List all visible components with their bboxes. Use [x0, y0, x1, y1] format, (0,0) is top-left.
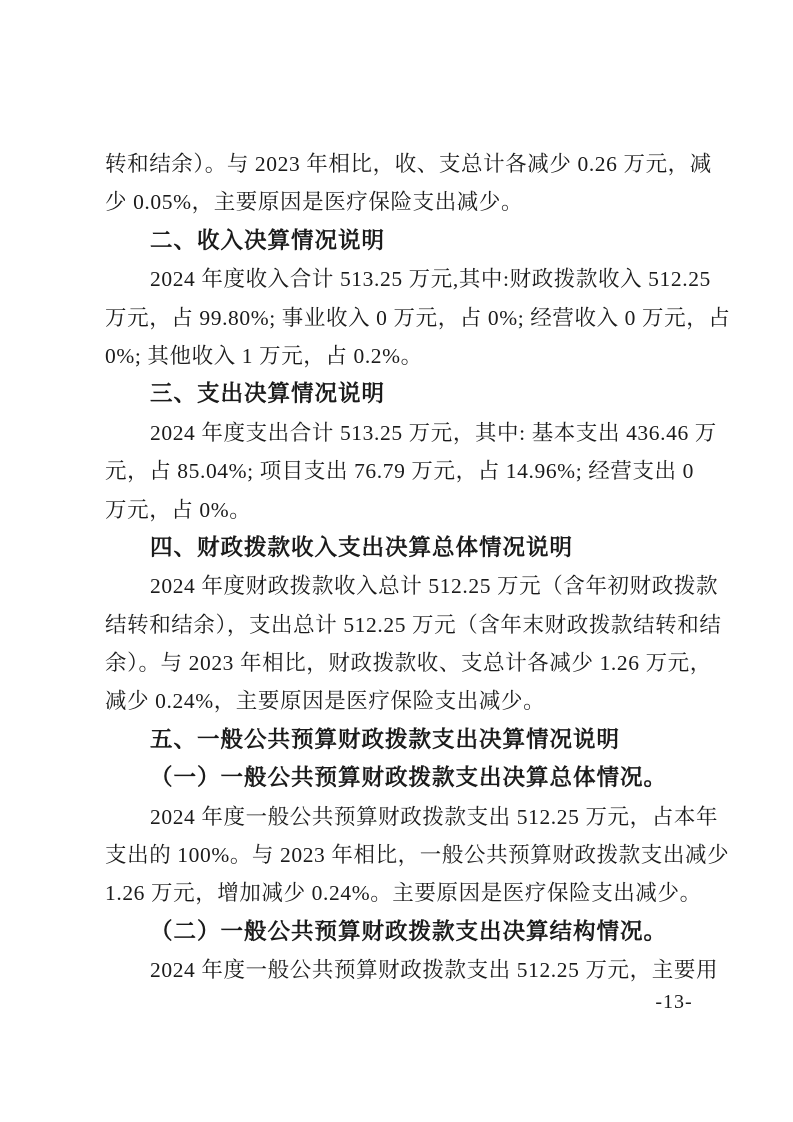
para-general-structure-line: 2024 年度一般公共预算财政拨款支出 512.25 万元，主要用 — [105, 951, 707, 989]
para-income-line: 2024 年度收入合计 513.25 万元,其中:财政拨款收入 512.25 — [105, 260, 707, 298]
para-fiscal-total-line: 结转和结余），支出总计 512.25 万元（含年末财政拨款结转和结 — [105, 606, 707, 644]
para-income-line: 万元，占 99.80%; 事业收入 0 万元，占 0%; 经营收入 0 万元，占 — [105, 299, 707, 337]
para-expenditure-line: 元，占 85.04%; 项目支出 76.79 万元，占 14.96%; 经营支出… — [105, 452, 707, 490]
para-fiscal-total-line: 2024 年度财政拨款收入总计 512.25 万元（含年初财政拨款 — [105, 567, 707, 605]
para-expenditure-line: 2024 年度支出合计 513.25 万元，其中: 基本支出 436.46 万 — [105, 414, 707, 452]
subheading-general-structure: （二）一般公共预算财政拨款支出决算结构情况。 — [105, 913, 707, 951]
heading-fiscal-total: 四、财政拨款收入支出决算总体情况说明 — [105, 529, 707, 567]
page-number: -13- — [624, 991, 724, 1014]
document-page: 转和结余）。与 2023 年相比，收、支总计各减少 0.26 万元，减 少 0.… — [0, 0, 793, 1122]
para-expenditure-line: 万元，占 0%。 — [105, 491, 707, 529]
para-overview-line: 少 0.05%，主要原因是医疗保险支出减少。 — [105, 183, 707, 221]
document-body: 转和结余）。与 2023 年相比，收、支总计各减少 0.26 万元，减 少 0.… — [105, 145, 707, 990]
para-general-overall-line: 2024 年度一般公共预算财政拨款支出 512.25 万元，占本年 — [105, 798, 707, 836]
para-fiscal-total-line: 余）。与 2023 年相比，财政拨款收、支总计各减少 1.26 万元， — [105, 644, 707, 682]
heading-income: 二、收入决算情况说明 — [105, 222, 707, 260]
para-income-line: 0%; 其他收入 1 万元，占 0.2%。 — [105, 337, 707, 375]
para-fiscal-total-line: 减少 0.24%，主要原因是医疗保险支出减少。 — [105, 682, 707, 720]
heading-general-budget: 五、一般公共预算财政拨款支出决算情况说明 — [105, 721, 707, 759]
heading-expenditure: 三、支出决算情况说明 — [105, 375, 707, 413]
para-general-overall-line: 1.26 万元，增加减少 0.24%。主要原因是医疗保险支出减少。 — [105, 874, 707, 912]
para-general-overall-line: 支出的 100%。与 2023 年相比，一般公共预算财政拨款支出减少 — [105, 836, 707, 874]
subheading-general-overall: （一）一般公共预算财政拨款支出决算总体情况。 — [105, 759, 707, 797]
para-overview-line: 转和结余）。与 2023 年相比，收、支总计各减少 0.26 万元，减 — [105, 145, 707, 183]
